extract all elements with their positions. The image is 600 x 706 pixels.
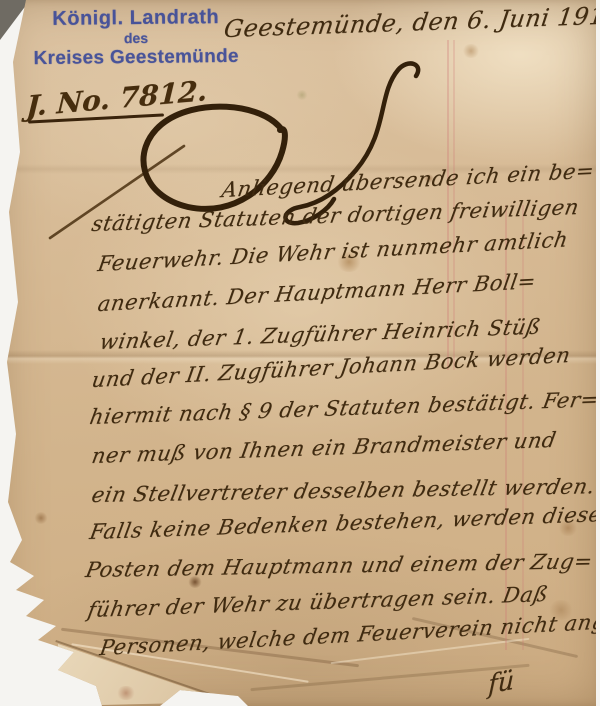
- letter-paper: Königl. Landrath des Kreises Geestemünde…: [0, 0, 600, 706]
- stamp-des-line: des: [18, 29, 254, 47]
- initial-tail: [285, 63, 418, 223]
- official-stamp: Königl. Landrath des Kreises Geestemünde: [18, 6, 255, 70]
- stamp-authority-line: Königl. Landrath: [18, 6, 254, 31]
- handwritten-line: ner muß von Ihnen ein Brandmeister und: [90, 428, 558, 468]
- ink-stain: [462, 44, 480, 58]
- handwritten-line: Posten dem Hauptmann und einem der Zug=: [84, 549, 595, 582]
- photographed-letter: Königl. Landrath des Kreises Geestemünde…: [0, 0, 600, 706]
- stamp-district-line: Kreises Geestemünde: [18, 46, 254, 70]
- handwritten-line: Feuerwehr. Die Wehr ist nunmehr amtlich: [96, 227, 570, 276]
- ink-stain: [34, 512, 48, 524]
- handwritten-line: ein Stellvertreter desselben bestellt we…: [90, 474, 598, 507]
- dateline: Geestemünde, den 6. Juni 1912.: [222, 1, 600, 43]
- ink-stain: [296, 90, 308, 100]
- handwritten-line: Falls keine Bedenken bestehen, werden di…: [88, 502, 600, 544]
- handwritten-line: hiermit nach § 9 der Statuten bestätigt.…: [88, 387, 600, 429]
- cutoff-word: fü: [488, 665, 515, 700]
- handwritten-line: anerkannt. Der Hauptmann Herr Boll=: [96, 269, 538, 316]
